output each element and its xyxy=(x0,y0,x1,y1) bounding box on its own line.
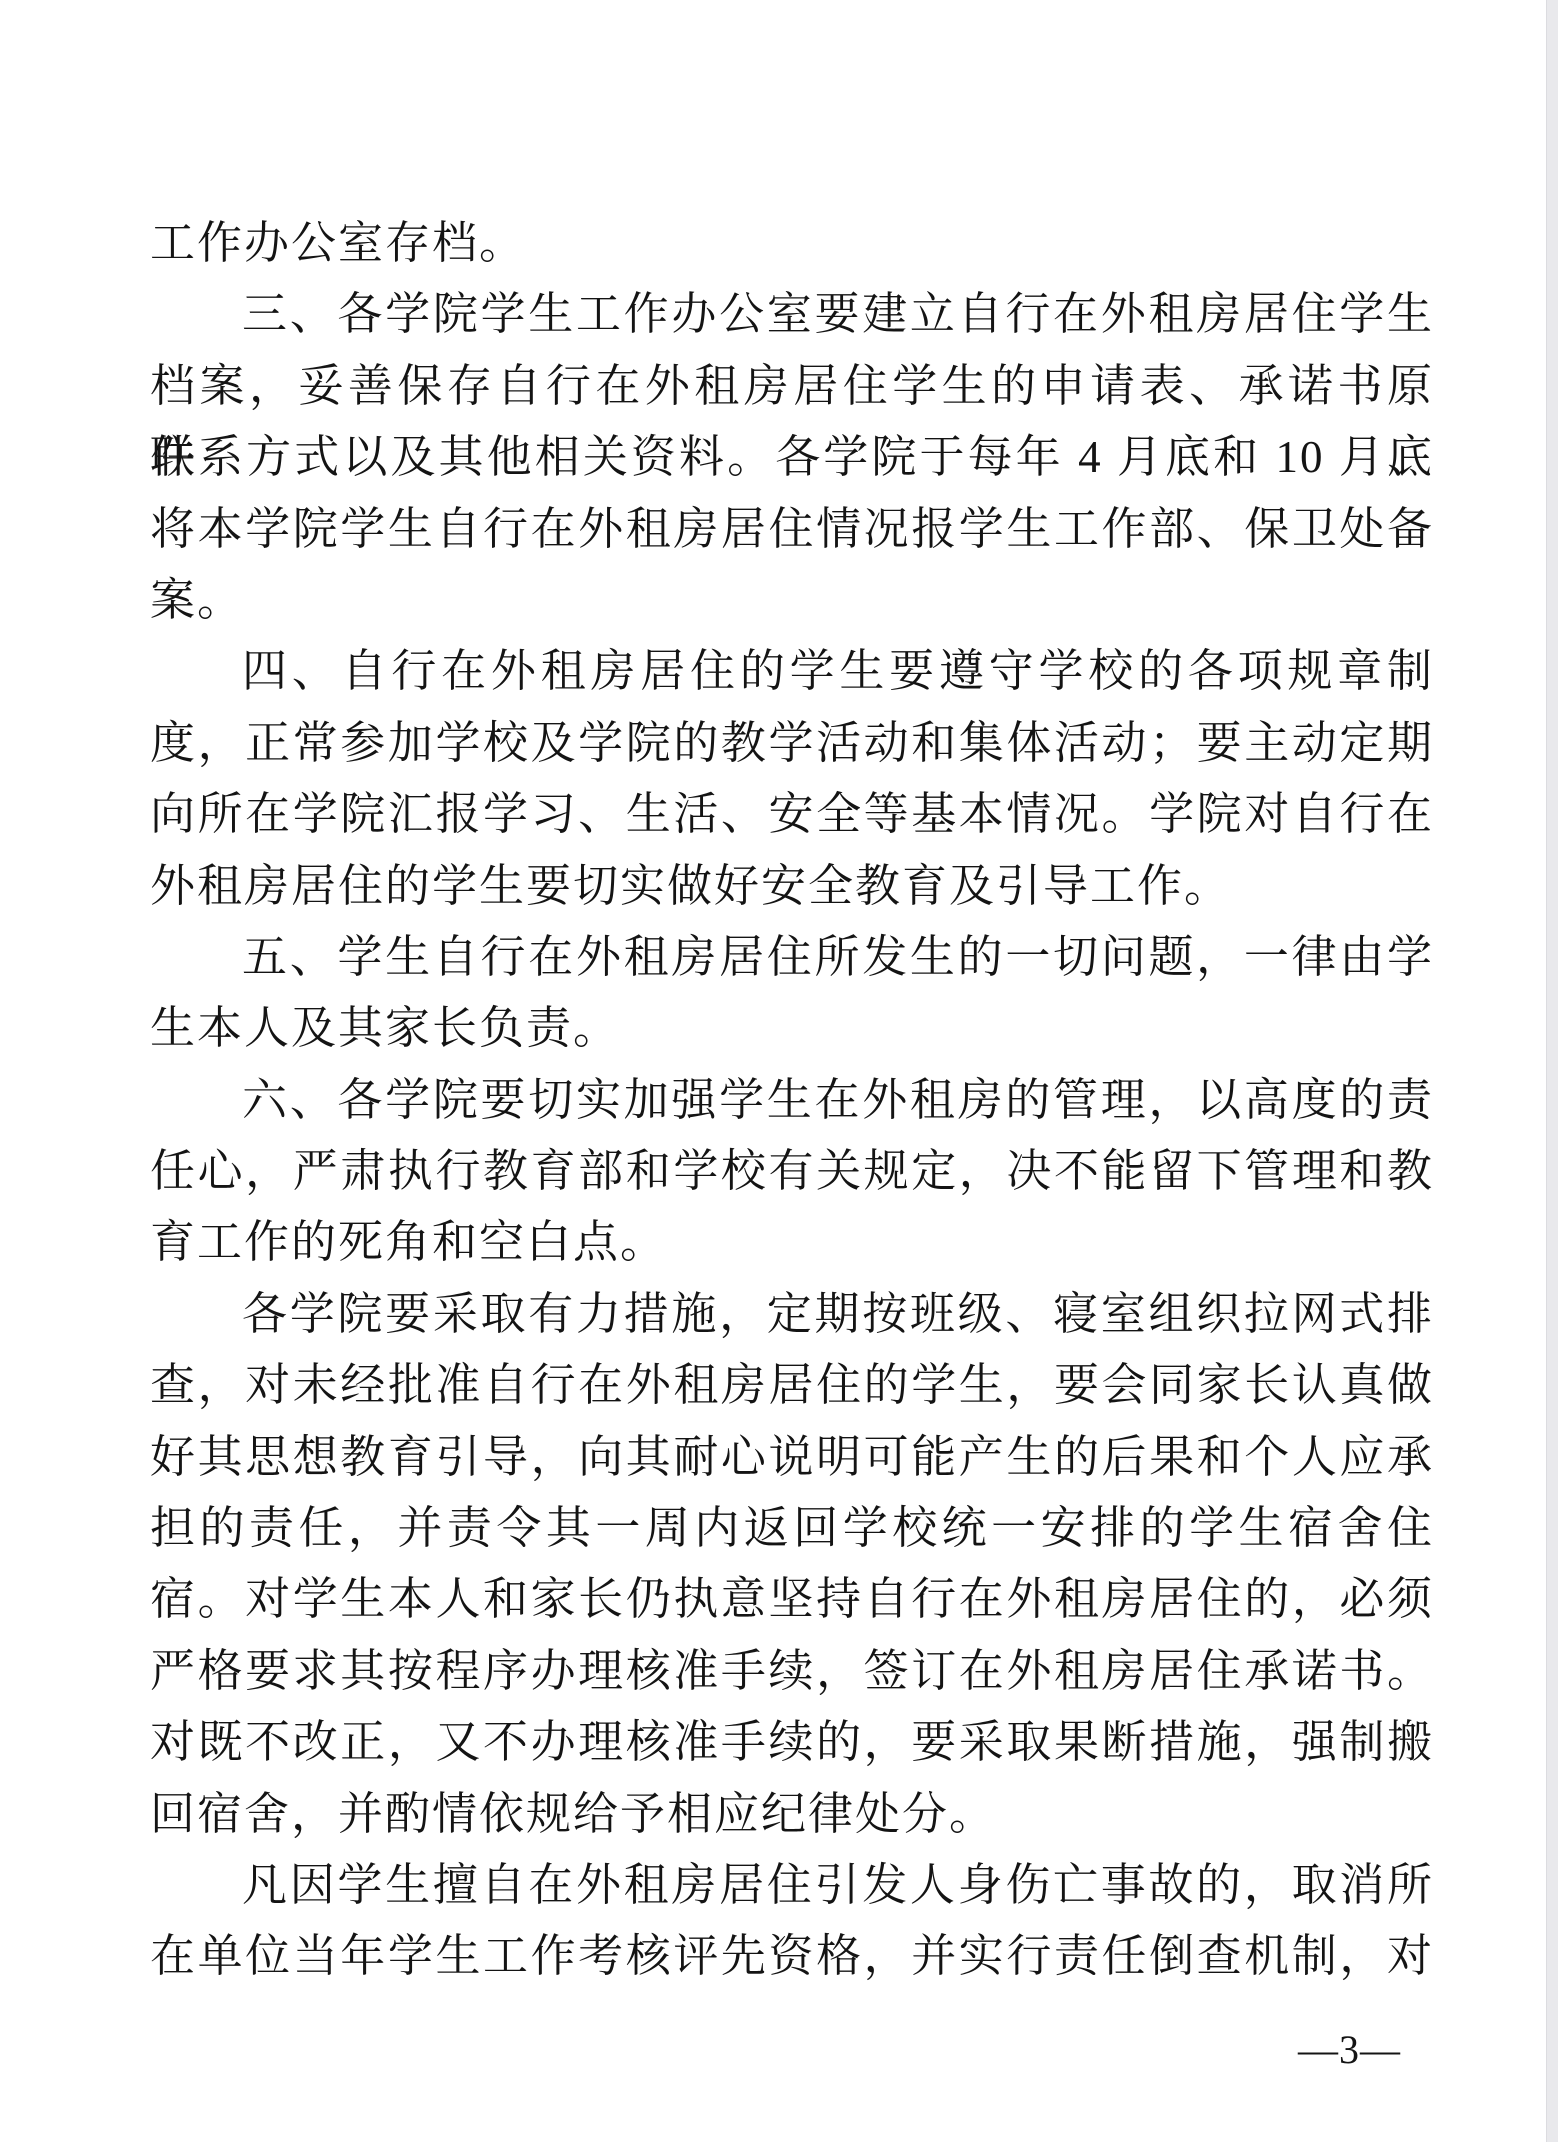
text-line: 对既不改正，又不办理核准手续的，要采取果断措施，强制搬 xyxy=(150,1707,1434,1778)
text-line: 外租房居住的学生要切实做好安全教育及引导工作。 xyxy=(150,851,1434,922)
text-line: 凡因学生擅自在外租房居住引发人身伤亡事故的，取消所 xyxy=(150,1850,1434,1921)
text-line: 案。 xyxy=(150,565,1434,636)
text-line: 四、自行在外租房居住的学生要遵守学校的各项规章制 xyxy=(150,636,1434,707)
text-line: 担的责任，并责令其一周内返回学校统一安排的学生宿舍住 xyxy=(150,1493,1434,1564)
text-line: 将本学院学生自行在外租房居住情况报学生工作部、保卫处备 xyxy=(150,494,1434,565)
text-line: 宿。对学生本人和家长仍执意坚持自行在外租房居住的，必须 xyxy=(150,1564,1434,1635)
scan-edge-strip xyxy=(1546,0,1558,2142)
text-line: 档案，妥善保存自行在外租房居住学生的申请表、承诺书原件、 xyxy=(150,351,1434,422)
text-line: 生本人及其家长负责。 xyxy=(150,993,1434,1064)
text-line: 向所在学院汇报学习、生活、安全等基本情况。学院对自行在 xyxy=(150,779,1434,850)
page-number: —3— xyxy=(1298,2026,1401,2073)
text-line: 联系方式以及其他相关资料。各学院于每年 4 月底和 10 月底 xyxy=(150,422,1434,493)
text-line: 回宿舍，并酌情依规给予相应纪律处分。 xyxy=(150,1779,1434,1850)
text-line: 五、学生自行在外租房居住所发生的一切问题，一律由学 xyxy=(150,922,1434,993)
text-line: 三、各学院学生工作办公室要建立自行在外租房居住学生 xyxy=(150,279,1434,350)
text-line: 各学院要采取有力措施，定期按班级、寝室组织拉网式排 xyxy=(150,1279,1434,1350)
document-page: 工作办公室存档。三、各学院学生工作办公室要建立自行在外租房居住学生档案，妥善保存… xyxy=(0,0,1561,2142)
text-line: 在单位当年学生工作考核评先资格，并实行责任倒查机制，对 xyxy=(150,1921,1434,1992)
text-line: 任心，严肃执行教育部和学校有关规定，决不能留下管理和教 xyxy=(150,1136,1434,1207)
text-line: 育工作的死角和空白点。 xyxy=(150,1207,1434,1278)
text-line: 严格要求其按程序办理核准手续，签订在外租房居住承诺书。 xyxy=(150,1636,1434,1707)
text-line: 好其思想教育引导，向其耐心说明可能产生的后果和个人应承 xyxy=(150,1422,1434,1493)
document-body: 工作办公室存档。三、各学院学生工作办公室要建立自行在外租房居住学生档案，妥善保存… xyxy=(150,208,1434,1993)
text-line: 六、各学院要切实加强学生在外租房的管理，以高度的责 xyxy=(150,1065,1434,1136)
text-line: 度，正常参加学校及学院的教学活动和集体活动；要主动定期 xyxy=(150,708,1434,779)
text-line: 工作办公室存档。 xyxy=(150,208,1434,279)
text-line: 查，对未经批准自行在外租房居住的学生，要会同家长认真做 xyxy=(150,1350,1434,1421)
